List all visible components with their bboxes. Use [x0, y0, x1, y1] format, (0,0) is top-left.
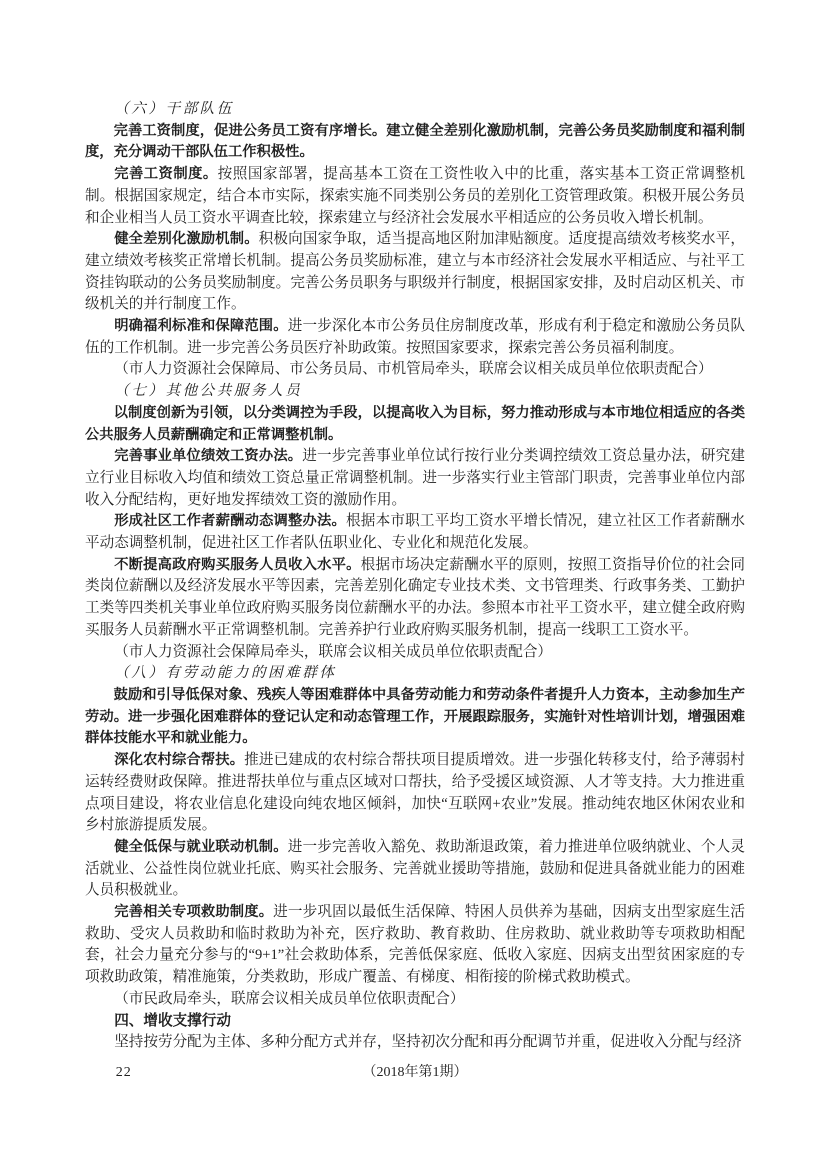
- paragraph: 完善事业单位绩效工资办法。进一步完善事业单位试行按行业分类调控绩效工资总量办法，…: [85, 446, 745, 511]
- paragraph: 完善工资制度。按照国家部署，提高基本工资在工资性收入中的比重，落实基本工资正常调…: [85, 164, 745, 229]
- paragraph: 完善相关专项救助制度。进一步巩固以最低生活保障、特困人员供养为基础，因病支出型家…: [85, 902, 745, 989]
- paragraph: 不断提高政府购买服务人员收入水平。根据市场决定薪酬水平的原则，按照工资指导价位的…: [85, 555, 745, 642]
- attribution: （市民政局牵头，联席会议相关成员单位依职责配合）: [85, 989, 745, 1011]
- chapter-heading: 四、增收支撑行动: [85, 1011, 745, 1033]
- section-heading: （八）有劳动能力的困难群体: [85, 663, 745, 685]
- paragraph-lead: 明确福利标准和保障范围。: [114, 318, 288, 334]
- paragraph-lead: 不断提高政府购买服务人员收入水平。: [114, 557, 360, 573]
- document-body: （六）干部队伍完善工资制度，促进公务员工资有序增长。建立健全差别化激励机制，完善…: [85, 99, 745, 1054]
- paragraph-lead: 形成社区工作者薪酬动态调整办法。: [114, 513, 346, 529]
- section-heading: （七）其他公共服务人员: [85, 381, 745, 403]
- summary: 鼓励和引导低保对象、残疾人等困难群体中具备劳动能力和劳动条件者提升人力资本，主动…: [85, 685, 745, 750]
- page-footer: 22 （2018年第1期）: [85, 1062, 745, 1084]
- paragraph: 健全低保与就业联动机制。进一步完善收入豁免、救助渐退政策，着力推进单位吸纳就业、…: [85, 837, 745, 902]
- attribution: （市人力资源社会保障局牵头，联席会议相关成员单位依职责配合）: [85, 642, 745, 664]
- paragraph: 健全差别化激励机制。积极向国家争取，适当提高地区附加津贴额度。适度提高绩效考核奖…: [85, 229, 745, 316]
- paragraph-lead: 完善事业单位绩效工资办法。: [114, 448, 302, 464]
- paragraph: 明确福利标准和保障范围。进一步深化本市公务员住房制度改革，形成有利于稳定和激励公…: [85, 316, 745, 359]
- paragraph: 深化农村综合帮扶。推进已建成的农村综合帮扶项目提质增效。进一步强化转移支付，给予…: [85, 750, 745, 837]
- paragraph-lead: 健全差别化激励机制。: [114, 231, 258, 247]
- paragraph-lead: 深化农村综合帮扶。: [114, 752, 244, 768]
- paragraph-lead: 健全低保与就业联动机制。: [114, 839, 288, 855]
- summary: 完善工资制度，促进公务员工资有序增长。建立健全差别化激励机制，完善公务员奖励制度…: [85, 121, 745, 164]
- body: 坚持按劳分配为主体、多种分配方式并存，坚持初次分配和再分配调节并重，促进收入分配…: [85, 1032, 745, 1054]
- paragraph-lead: 完善相关专项救助制度。: [114, 904, 273, 920]
- summary: 以制度创新为引领，以分类调控为手段，以提高收入为目标，努力推动形成与本市地位相适…: [85, 403, 745, 446]
- section-heading: （六）干部队伍: [85, 99, 745, 121]
- paragraph: 形成社区工作者薪酬动态调整办法。根据本市职工平均工资水平增长情况，建立社区工作者…: [85, 511, 745, 554]
- document-page: （六）干部队伍完善工资制度，促进公务员工资有序增长。建立健全差别化激励机制，完善…: [0, 0, 827, 1170]
- attribution: （市人力资源社会保障局、市公务员局、市机管局牵头，联席会议相关成员单位依职责配合…: [85, 359, 745, 381]
- paragraph-lead: 完善工资制度。: [114, 166, 217, 182]
- issue-label: （2018年第1期）: [85, 1062, 745, 1084]
